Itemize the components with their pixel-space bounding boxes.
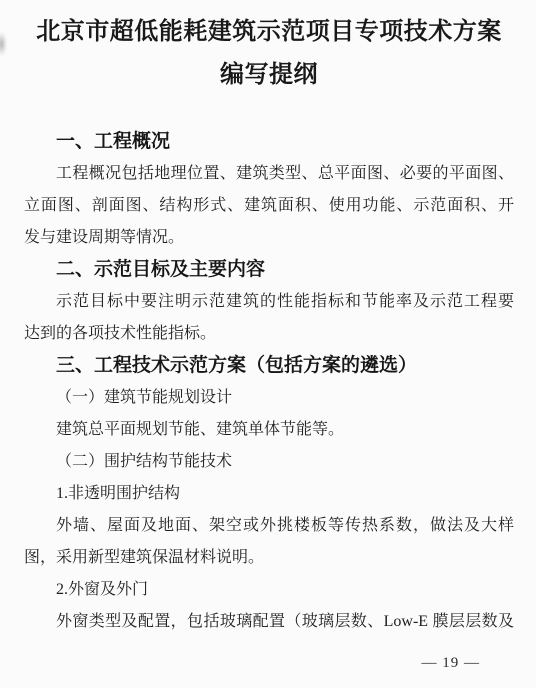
section-heading-2: 二、示范目标及主要内容 xyxy=(24,254,514,286)
paragraph-line: 建筑总平面规划节能、建筑单体节能等。 xyxy=(24,414,514,446)
paragraph-line: 发与建设周期等情况。 xyxy=(24,222,514,254)
scan-artifact xyxy=(0,32,6,56)
paragraph-line: 立面图、剖面图、结构形式、建筑面积、使用功能、示范面积、开 xyxy=(24,190,514,222)
item-heading-2: 2.外窗及外门 xyxy=(24,574,514,606)
document-title: 北京市超低能耗建筑示范项目专项技术方案 编写提纲 xyxy=(24,10,514,96)
title-line-1: 北京市超低能耗建筑示范项目专项技术方案 xyxy=(24,10,514,53)
paragraph-line: 图，采用新型建筑保温材料说明。 xyxy=(24,542,514,574)
document-body: 一、工程概况 工程概况包括地理位置、建筑类型、总平面图、必要的平面图、 立面图、… xyxy=(24,126,514,638)
section-heading-1: 一、工程概况 xyxy=(24,126,514,158)
paragraph-line: 外墙、屋面及地面、架空或外挑楼板等传热系数，做法及大样 xyxy=(24,510,514,542)
subsection-heading-1: （一）建筑节能规划设计 xyxy=(24,382,514,414)
section-heading-3: 三、工程技术示范方案（包括方案的遴选） xyxy=(24,350,514,382)
title-line-2: 编写提纲 xyxy=(24,53,514,96)
paragraph-line: 工程概况包括地理位置、建筑类型、总平面图、必要的平面图、 xyxy=(24,158,514,190)
paragraph-line: 外窗类型及配置，包括玻璃配置（玻璃层数、Low-E 膜层层数及 xyxy=(24,606,514,638)
page-number: — 19 — xyxy=(422,655,481,672)
document-page: 北京市超低能耗建筑示范项目专项技术方案 编写提纲 一、工程概况 工程概况包括地理… xyxy=(0,0,536,688)
subsection-heading-2: （二）围护结构节能技术 xyxy=(24,446,514,478)
paragraph-line: 示范目标中要注明示范建筑的性能指标和节能率及示范工程要 xyxy=(24,286,514,318)
item-heading-1: 1.非透明围护结构 xyxy=(24,478,514,510)
paragraph-line: 达到的各项技术性能指标。 xyxy=(24,318,514,350)
